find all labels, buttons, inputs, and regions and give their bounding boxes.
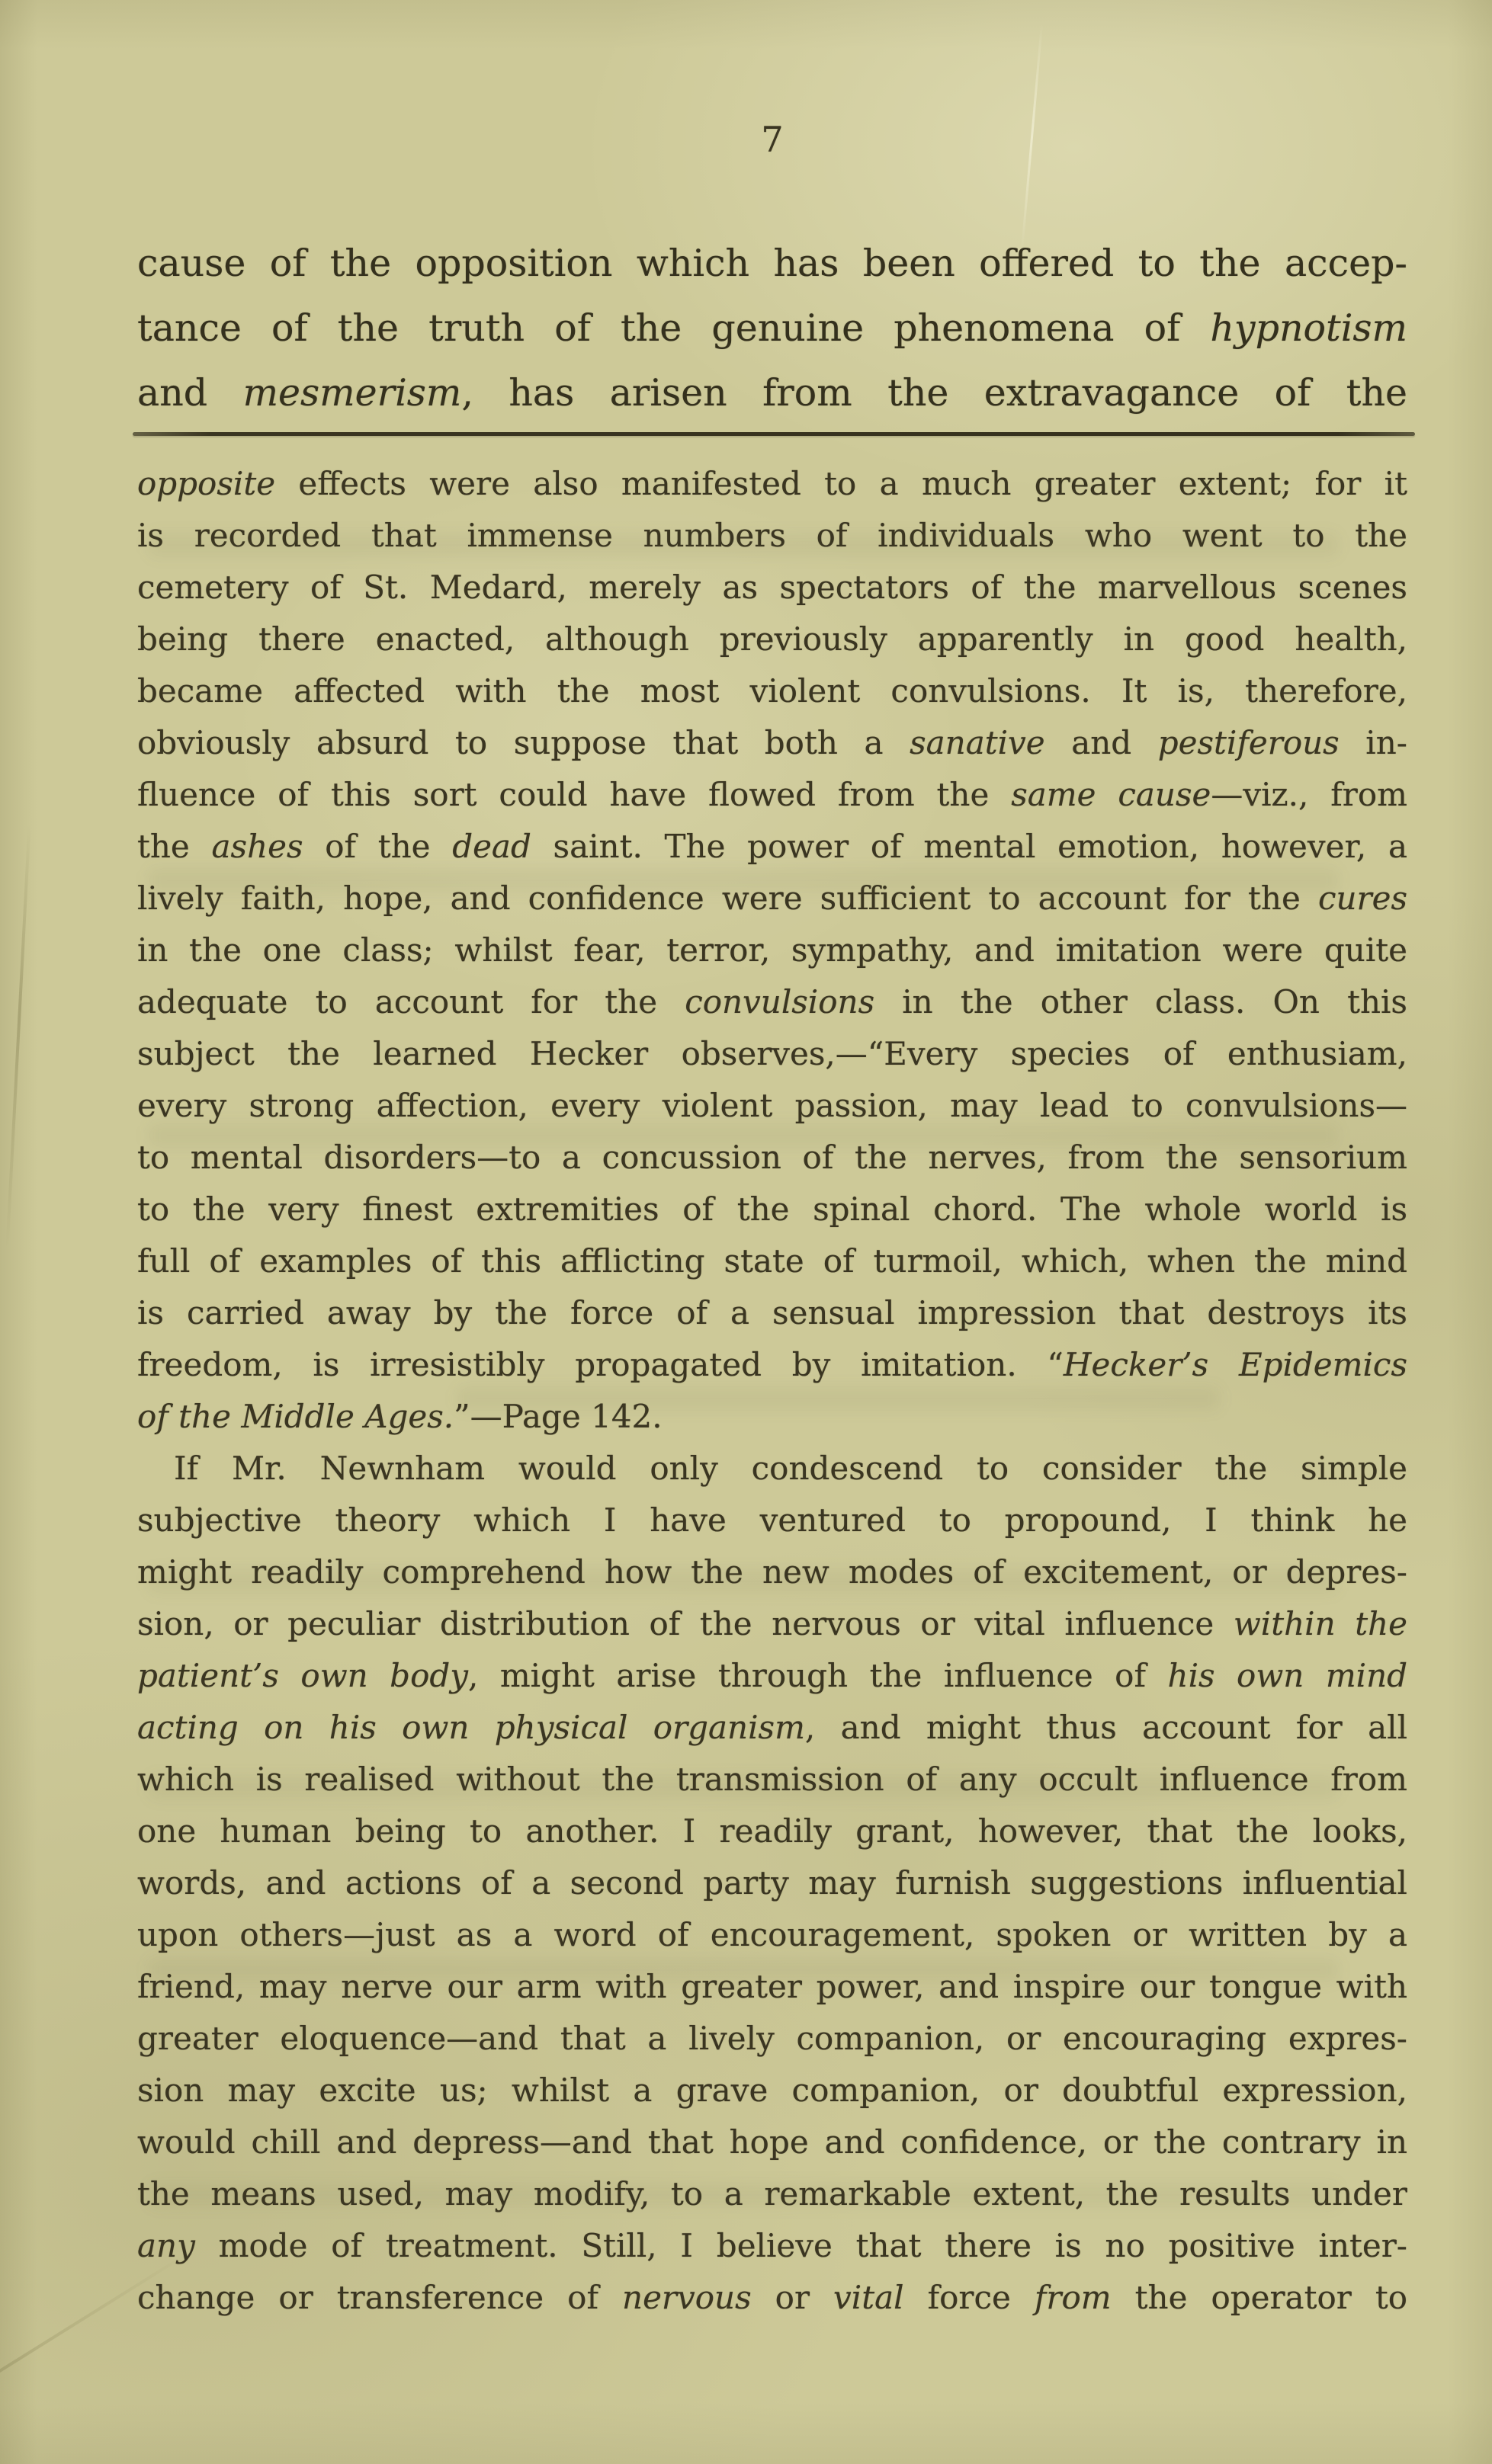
text-line: and mesmerism, has arisen from the extra… [137, 360, 1407, 425]
text-line: to mental disorders—to a concussion of t… [137, 1132, 1407, 1184]
text-line: upon others—just as a word of encouragem… [137, 1909, 1407, 1961]
text-line: would chill and depress—and that hope an… [137, 2116, 1407, 2168]
text-line: adequate to account for the convulsions … [137, 976, 1407, 1028]
paper-crease [5, 823, 30, 1249]
text-line: tance of the truth of the genuine phenom… [137, 296, 1407, 360]
text-line: patient’s own body, might arise through … [137, 1650, 1407, 1702]
text-line: one human being to another. I readily gr… [137, 1806, 1407, 1857]
text-line: the means used, may modify, to a remarka… [137, 2168, 1407, 2220]
text-line: is carried away by the force of a sensua… [137, 1287, 1407, 1339]
text-line: freedom, is irresistibly propagated by i… [137, 1339, 1407, 1391]
text-line: of the Middle Ages.”—Page 142. [137, 1391, 1407, 1443]
main-paragraph: cause of the opposition which has been o… [137, 231, 1407, 425]
text-line: which is realised without the transmissi… [137, 1754, 1407, 1806]
text-line: lively faith, hope, and confidence were … [137, 873, 1407, 924]
text-line: words, and actions of a second party may… [137, 1857, 1407, 1909]
text-line: fluence of this sort could have flowed f… [137, 769, 1407, 821]
page-number: 7 [137, 120, 1407, 159]
text-line: is recorded that immense numbers of indi… [137, 510, 1407, 562]
text-line: change or transference of nervous or vit… [137, 2272, 1407, 2324]
text-line: every strong affection, every violent pa… [137, 1080, 1407, 1132]
text-line: cause of the opposition which has been o… [137, 231, 1407, 296]
text-line: sion, or peculiar distribution of the ne… [137, 1598, 1407, 1650]
text-line: cemetery of St. Medard, merely as specta… [137, 562, 1407, 614]
text-line: to the very finest extremities of the sp… [137, 1184, 1407, 1235]
text-line: greater eloquence—and that a lively comp… [137, 2013, 1407, 2065]
text-line: might readily comprehend how the new mod… [137, 1546, 1407, 1598]
text-line: opposite effects were also manifested to… [137, 458, 1407, 510]
text-line: being there enacted, although previously… [137, 614, 1407, 665]
text-line: If Mr. Newnham would only condescend to … [137, 1443, 1407, 1495]
text-line: acting on his own physical organism, and… [137, 1702, 1407, 1754]
footnote-block: opposite effects were also manifested to… [137, 458, 1407, 2324]
scanned-book-page: 7 cause of the opposition which has been… [0, 0, 1492, 2464]
footnote-separator-rule [133, 432, 1415, 436]
text-line: in the one class; whilst fear, terror, s… [137, 924, 1407, 976]
text-line: sion may excite us; whilst a grave compa… [137, 2065, 1407, 2116]
text-line: friend, may nerve our arm with greater p… [137, 1961, 1407, 2013]
text-line: subject the learned Hecker observes,—“Ev… [137, 1028, 1407, 1080]
text-line: subjective theory which I have ventured … [137, 1495, 1407, 1546]
text-line: any mode of treatment. Still, I believe … [137, 2220, 1407, 2272]
text-line: became affected with the most violent co… [137, 665, 1407, 717]
text-line: obviously absurd to suppose that both a … [137, 717, 1407, 769]
text-line: full of examples of this afflicting stat… [137, 1235, 1407, 1287]
text-line: the ashes of the dead saint. The power o… [137, 821, 1407, 873]
